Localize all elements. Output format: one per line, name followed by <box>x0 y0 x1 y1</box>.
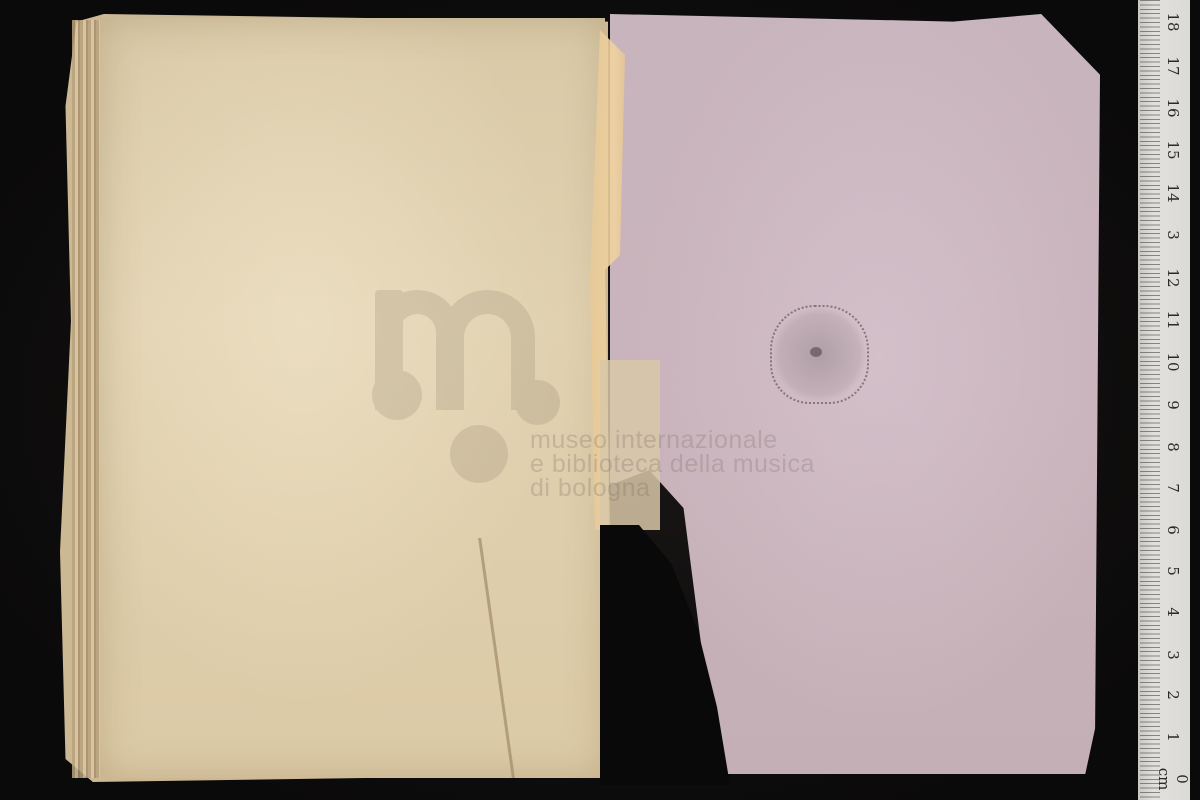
ruler-label: 10 <box>1164 349 1182 375</box>
ruler-label: 5 <box>1164 558 1182 584</box>
measurement-ruler: 0 cm12345678910111231415161718 <box>1138 0 1193 800</box>
ruler-label: 4 <box>1164 599 1182 625</box>
ruler-label: 0 cm <box>1155 766 1191 792</box>
watermark-logo-icon <box>350 290 540 470</box>
ruler-label: 11 <box>1164 307 1182 333</box>
ruler-label: 12 <box>1164 265 1182 291</box>
ruler-label: 16 <box>1164 95 1182 121</box>
emblem-stamp-icon <box>770 305 869 404</box>
ruler-label: 1 <box>1164 724 1182 750</box>
ruler-label: 9 <box>1164 392 1182 418</box>
tear-line <box>478 538 515 778</box>
ruler-label: 18 <box>1164 9 1182 35</box>
frame-edge <box>1190 0 1200 800</box>
ruler-label: 6 <box>1164 517 1182 543</box>
ruler-label: 14 <box>1164 180 1182 206</box>
watermark-text: museo internazionale e biblioteca della … <box>530 428 815 500</box>
ruler-label: 17 <box>1164 53 1182 79</box>
ruler-label: 7 <box>1164 475 1182 501</box>
ruler-label: 15 <box>1164 137 1182 163</box>
ruler-ticks <box>1140 0 1160 800</box>
ruler-label: 8 <box>1164 434 1182 460</box>
ruler-label: 3 <box>1164 642 1182 668</box>
ruler-label: 3 <box>1164 222 1182 248</box>
ruler-label: 2 <box>1164 682 1182 708</box>
